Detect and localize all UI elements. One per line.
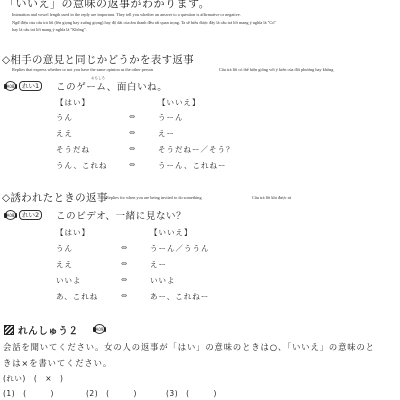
table-row-yes: いいよ [56,275,82,286]
audio-track-label: A08 [7,84,15,89]
double-arrow-icon: ⇔ [121,275,127,284]
section1-title: ◇相手の意見と同じかどうかを表す返事 [2,52,194,67]
audio-track-label: A08 [7,213,15,218]
top-heading: 「いいえ」の意味の返事がわかります。 [4,0,210,11]
answer-blank-1[interactable]: (1) ( ) [3,388,54,399]
col-no-header: 【いいえ】 [150,227,193,238]
audio-icon[interactable]: A08 [5,210,16,220]
practice-instruction-line1: 会話を聞いてください。女の人の返事が「はい」の意味のときは○、「いいえ」の意味の… [3,341,375,353]
double-arrow-icon: ⇔ [129,128,135,137]
answer-blank-3[interactable]: (3) ( ) [166,388,217,399]
col-yes-header: 【はい】 [56,97,90,108]
english-note: Intonation and vowel length used in the … [12,12,241,17]
table-row-no: うーん [158,112,184,123]
table-row-no: うーん、これねー [158,160,226,171]
table-row-no: いいよ [150,275,176,286]
section2-vietnamese: Câu trả lời khi được rủ [252,195,291,200]
table-row-yes: うん [56,112,73,123]
double-arrow-icon: ⇔ [129,112,135,121]
example-badge: れい2 [19,210,42,220]
table-row-yes: そうだね [56,144,90,155]
practice-stripe-icon [4,325,14,335]
double-arrow-icon: ⇔ [129,144,135,153]
table-row-yes: あ、これね [56,291,98,302]
table-row-yes: ええ [56,259,73,270]
example-sentence: このビデオ、一緒に見ない？ [56,208,186,222]
example-badge: れい1 [19,81,42,91]
vietnamese-note-line1: Ngữ điệu của câu trả lời (lên giọng hay … [12,20,276,25]
practice-title: れんしゅう２ [18,323,79,337]
double-arrow-icon: ⇔ [129,160,135,169]
table-row-yes: うん、これね [56,160,107,171]
table-row-no: あー、これねー [150,291,209,302]
col-no-header: 【いいえ】 [158,97,201,108]
double-arrow-icon: ⇔ [121,259,127,268]
practice-example-answer: (れい) ( × ) [3,373,64,384]
table-row-no: えー [150,259,167,270]
double-arrow-icon: ⇔ [121,291,127,300]
audio-icon[interactable]: A08 [5,81,16,91]
ruby-omoshiro: おもしろ [91,76,105,81]
double-arrow-icon: ⇔ [121,243,127,252]
section1-vietnamese: Câu trả lời có thể hiện giống với ý kiến… [219,67,333,72]
table-row-no: うーん／ううん [150,243,210,254]
audio-icon[interactable]: A09 [94,324,105,334]
section2-title: ◇誘われたときの返事 [2,190,108,205]
example-sentence: このゲーム、面白いね。 [56,79,167,93]
vietnamese-note-line2: hay là câu trả lời mang ý nghĩa là "Khôn… [12,27,87,32]
col-yes-header: 【はい】 [56,227,90,238]
table-row-yes: うん [56,243,73,254]
section2-english: Replies for when you are being invited t… [106,195,202,200]
answer-blank-2[interactable]: (2) ( ) [86,388,137,399]
table-row-no: そうだねー／そう？ [158,144,235,155]
table-row-no: えー [158,128,175,139]
section1-english: Replies that express whether or not you … [12,67,153,72]
practice-instruction-line2: きは×を書いてください。 [3,357,112,369]
table-row-yes: ええ [56,128,73,139]
audio-track-label: A09 [96,327,104,332]
